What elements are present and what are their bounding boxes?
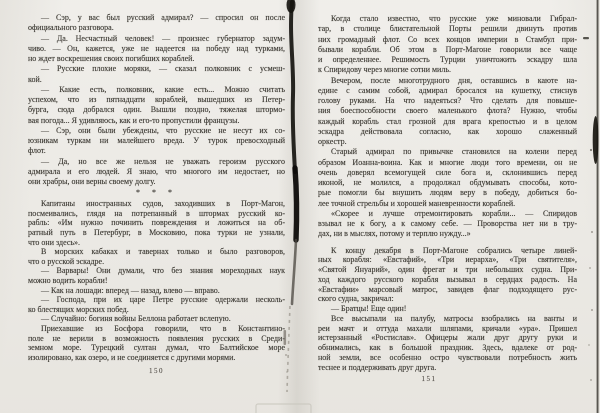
text-line: успехом, что из пятнадцати кораблей, выш… [28,95,285,105]
right-page-text-column: Когда стало известно, что русские уже ми… [318,14,577,372]
text-line: ных корабля: «Евстафий», «Три иерарха», … [318,255,577,265]
text-line: В морских кабаках и тавернах только и бы… [28,247,285,257]
text-line: к Спиридову через многие сотни миль. [318,65,577,75]
text-line: ского судна, закричал: [318,294,577,304]
bottom-scan-shadow [256,404,311,413]
text-line: — Сэр, у вас был русский адмирал? — спро… [28,13,285,23]
text-line: — Русские плохие моряки, — сказал полков… [28,64,285,74]
text-line: взывал не к богу, а к самому себе. — Про… [318,219,577,229]
text-line: можно водить корабли! [28,276,285,286]
text-line: но ждет воскрешения своих погибших кораб… [28,54,285,64]
text-line: теснее и поддерживать друг друга. [318,363,577,373]
text-line: они храбры, они верны своему долгу. [28,177,285,187]
text-line: дах, ни в мыслях, потому и терплю нужду.… [318,229,577,239]
text-line: — Как на лошади: вперед — назад, влево —… [28,286,285,296]
gutter-ink-streak [284,0,297,392]
text-line: реи мачт и оттуда махали шляпами, кричал… [318,324,577,334]
text-line: ратный путь в Петербург, в Московию, пок… [28,228,285,238]
text-line: ко блестящих морских побед. [28,305,285,315]
text-line: Приехавшие из Босфора говорили, что в Ко… [28,324,285,334]
text-line: чиво. — Он, кажется, уже не надеется на … [28,44,285,54]
text-line: иконой, не молился, а продолжал обдумыва… [318,178,577,188]
text-line: рые помогли бы внушить людям веру в побе… [318,188,577,198]
text-line: тар, в столице блистательной Порты решил… [318,24,577,34]
text-line: — Да. Несчастный человек! — произнес губ… [28,34,285,44]
text-line: посмеивались, глядя на потрепанный в што… [28,209,285,219]
text-line: вая погода... Я удивляюсь, как и его-то … [28,116,285,126]
text-line: них громадный флот. Со всех концов импер… [318,35,577,45]
page-number-left: 150 [28,367,285,375]
text-line: лее точной стрельбы и хорошей маневренно… [318,199,577,209]
book-spread: — Сэр, у вас был русский адмирал? — спро… [0,0,600,413]
text-line: Когда стало известно, что русские уже ми… [318,14,577,24]
text-line: — Случайно: богиня войны Беллона работае… [28,314,285,324]
text-line: «Святой Януарий», один фрегат и три небо… [318,265,577,275]
text-line: — Варвары! Они думали, что без знания мо… [28,266,285,276]
page-number-right: 151 [318,375,540,383]
text-line: рабль: «Им нужно починить повреждения и … [28,218,285,228]
text-line: официального разговора. [28,23,285,33]
page-edge-marks [583,0,599,413]
text-line: эскадра действовала согласно, как хорошо… [318,127,577,137]
text-line: — Сэр, они были убеждены, что русские не… [28,126,285,136]
text-line: юзникам туркам ни малейшего вреда. У тур… [28,136,285,146]
text-line: изолировано, как озеро, и не соединяется… [28,353,285,363]
left-page-text-column: — Сэр, у вас был русский адмирал? — спро… [28,13,285,362]
text-line: адмирала и его людей. Я знаю, что многог… [28,167,285,177]
text-line: — Господа, при их царе Петре русские оде… [28,295,285,305]
text-line: что о русской эскадре. [28,257,285,267]
text-line: и определеннее. Решимость Турции уничтож… [318,55,577,65]
text-line: бурга, сюда добрался один. Вышли поздно,… [28,105,285,115]
text-line: бывали корабли. Об этом в Порт-Магоне го… [318,45,577,55]
text-line: Все высыпали на палубу, матросы взобрали… [318,314,577,324]
text-line: «Евстафии» марсовый матрос, завидев флаг… [318,285,577,295]
text-line: ной земли, все особенно остро чувствовал… [318,353,577,363]
text-line: — Какие есть, полковник, какие есть... М… [28,85,285,95]
text-line: К концу декабря в Порт-Магоне собрались … [318,246,577,256]
text-line: что они здесь». [28,238,285,248]
text-line: кой. [28,75,285,85]
text-line: ния боеспособности своего маленького фло… [318,106,577,116]
text-line: поле не верили в возможность появления р… [28,334,285,344]
text-line: земном море. Турецкий султан думал, что … [28,343,285,353]
text-line: Вечером, после многотрудного дня, оставш… [318,76,577,86]
text-line: Старый адмирал по привычке становился на… [318,147,577,157]
text-line: флот. [28,146,285,156]
text-line: каждый корабль стал грозной для врага кр… [318,117,577,127]
section-separator: * * * [28,187,285,199]
text-line: едине с самим собой, адмирал бросался на… [318,86,577,96]
text-line: — Братцы! Еще один! [318,304,577,314]
text-line: истерзанный «Ростислав». Офицеры жали др… [318,333,577,343]
text-line: Капитаны иностранных судов, заходивших в… [28,199,285,209]
text-line: обнимались, как в большой праздник. Здес… [318,343,577,353]
text-line: голову руками. На что надеяться? Что сде… [318,96,577,106]
text-line: оркестр. [318,137,577,147]
text-line: «Скорее и лучше отремонтировать корабли.… [318,209,577,219]
text-line: ход каждого русского корабля вызывал в с… [318,275,577,285]
text-line: — Да, но все же нельзя не уважать героиз… [28,157,285,167]
text-line: очень доверял всемогущей силе бога и, ск… [318,168,577,178]
text-line: образом Иоанна-воина. Как и многие люди … [318,158,577,168]
